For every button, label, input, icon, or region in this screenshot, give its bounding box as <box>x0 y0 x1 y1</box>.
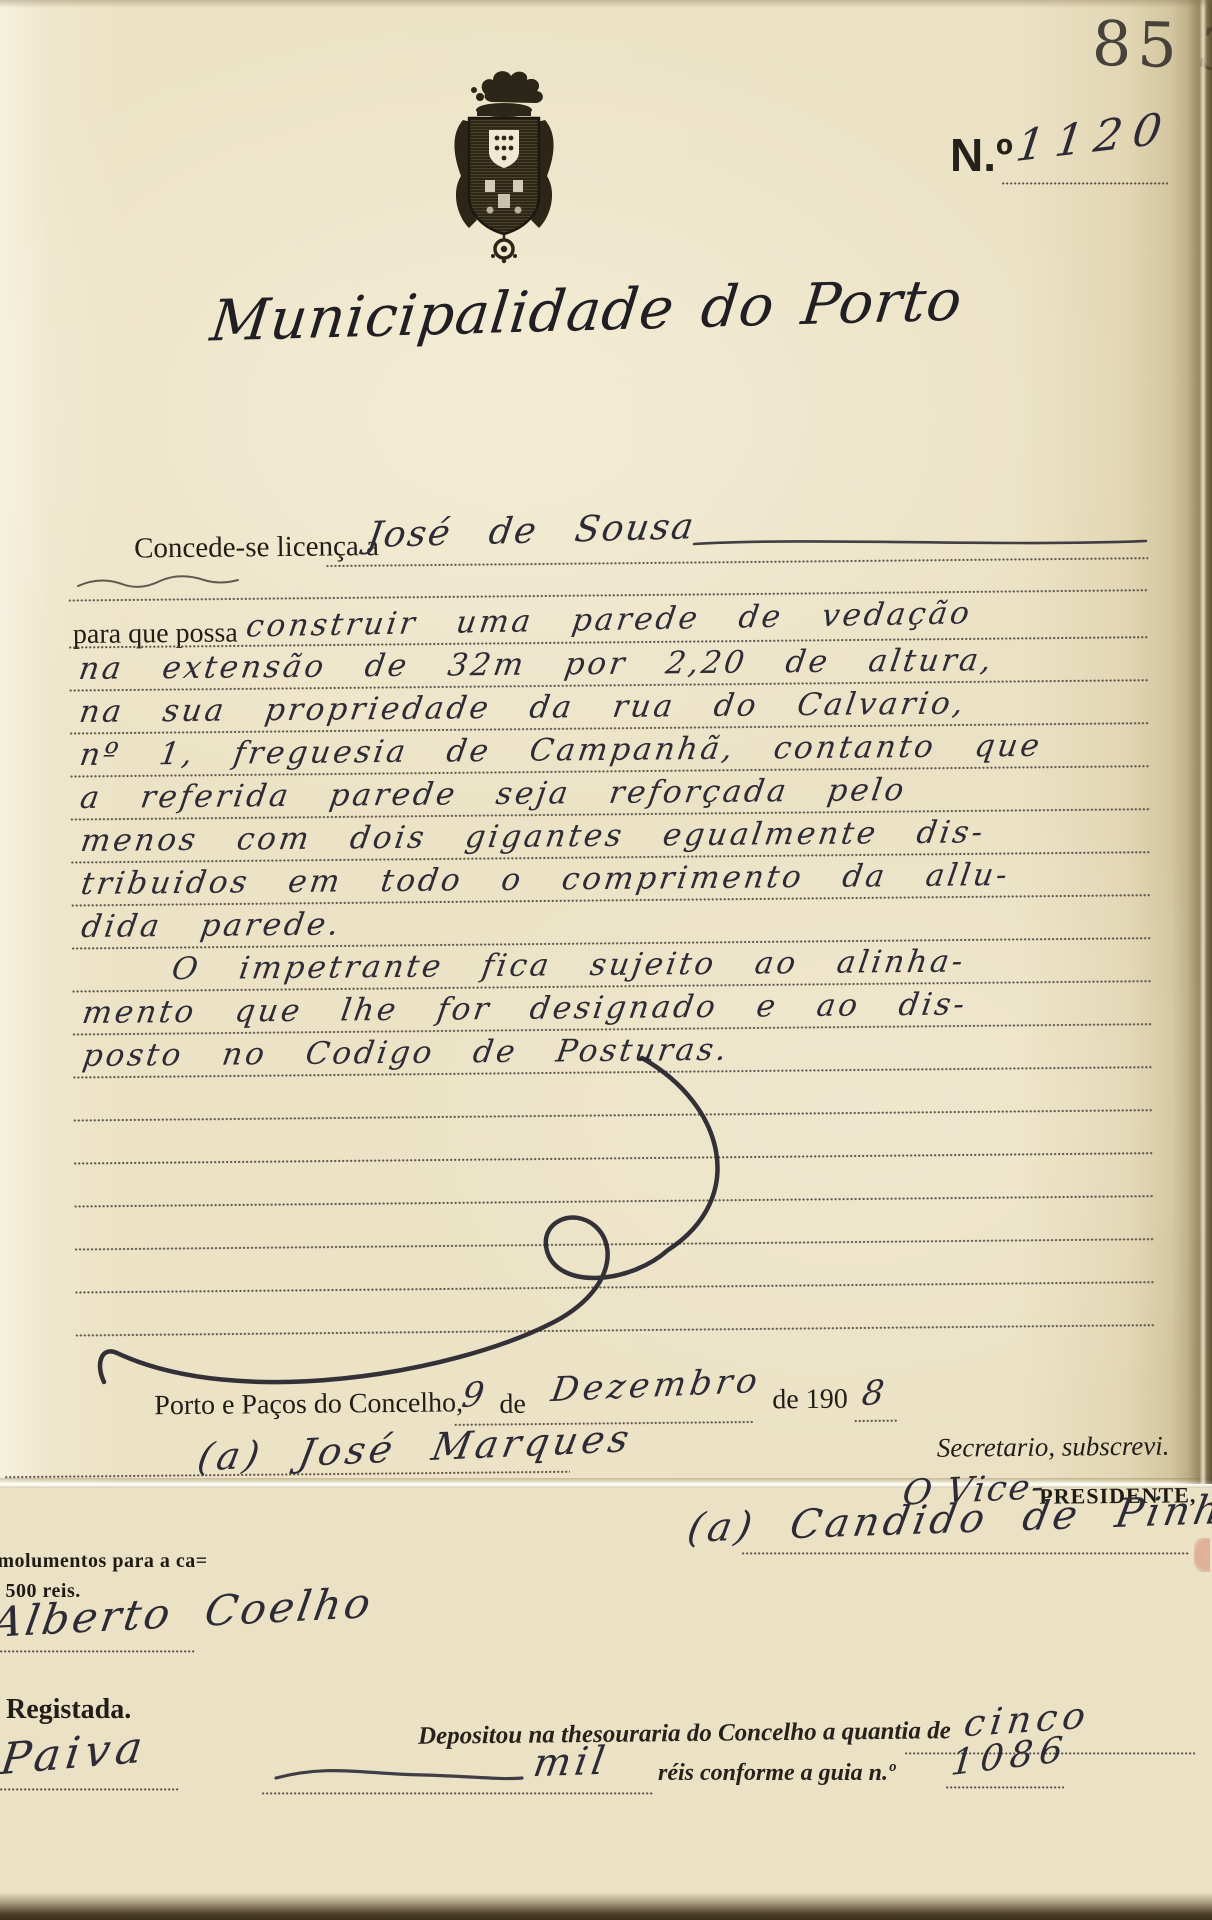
secretary-label: Secretario, subscrevi. <box>937 1431 1170 1464</box>
dateline-year-digit: 8 <box>860 1373 888 1414</box>
page-bottom-edge <box>0 1892 1212 1920</box>
form-area: Concede-se licença a José de Sousa para … <box>0 0 1212 1490</box>
registered-label: Registada. <box>6 1694 131 1726</box>
dateline-of: de <box>499 1389 526 1421</box>
blank-rule <box>75 1238 1155 1251</box>
body-line-6: tribuidos em todo o comprimento da allu- <box>79 857 1013 902</box>
body-line-4: a referida parede seja reforçada pelo <box>78 772 909 816</box>
body-line-0: construir uma parede de vedação <box>244 595 975 644</box>
body-line-2: na sua propriedade da rua do Calvario, <box>77 685 968 730</box>
page-right-edge <box>1172 0 1212 1484</box>
grantee-name: José de Sousa <box>364 506 698 556</box>
scanned-license-document: 85 3 N.º 1120 <box>0 0 1212 1920</box>
blank-rule <box>69 589 1149 602</box>
body-line-7: dida parede. <box>79 906 344 945</box>
body-line-10: posto no Codigo de Posturas. <box>80 1032 731 1074</box>
dateline-place: Porto e Paços do Concelho, <box>154 1387 463 1422</box>
dateline-year-rule <box>855 1419 899 1422</box>
dateline-year-prefix: de 190 <box>772 1384 848 1417</box>
blank-rule <box>76 1324 1156 1337</box>
registrar-signature-rule <box>0 1788 180 1791</box>
fee-clerk-signature-rule <box>0 1650 196 1653</box>
blank-rule <box>74 1195 1154 1208</box>
page-top-edge <box>0 0 1212 8</box>
body-line-8: O impetrante fica sujeito ao alinha- <box>169 943 967 987</box>
deposit-suffix-label: réis conforme a guia n.º <box>658 1760 895 1787</box>
secretary-signature: (a) José Marques <box>194 1416 636 1479</box>
fee-note-line1: emolumentos para a ca= <box>0 1546 238 1576</box>
blank-rule <box>74 1152 1154 1165</box>
deposit-amount-rule2 <box>262 1792 654 1795</box>
dateline-month: Dezembro <box>549 1361 764 1410</box>
deposit-receipt-rule <box>946 1786 1064 1789</box>
grant-label: Concede-se licença a <box>134 530 379 565</box>
blank-rule <box>74 1109 1154 1122</box>
blank-rule <box>75 1281 1155 1294</box>
deposit-amount-word2: mil <box>530 1739 612 1787</box>
torn-paper-fragment <box>1194 1538 1210 1572</box>
dateline-day: 9 <box>459 1374 488 1416</box>
body-line-1: na extensão de 32m por 2,20 de altura, <box>77 642 997 687</box>
body-line-9: mento que lhe for designado e ao dis- <box>80 986 970 1031</box>
grantee-rule <box>326 557 1148 568</box>
deposit-label: Depositou na thesouraria do Concelho a q… <box>418 1717 951 1751</box>
body-line-5: menos com dois gigantes egualmente dis- <box>78 814 988 859</box>
vice-president-signature-rule <box>742 1552 1190 1555</box>
